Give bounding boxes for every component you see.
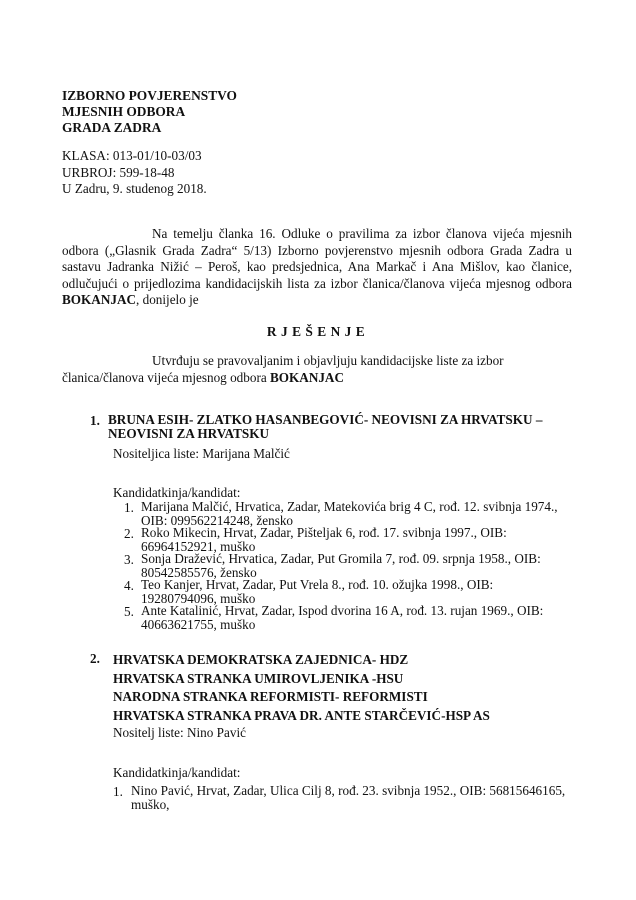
list-heading-line: HRVATSKA STRANKA UMIROVLJENIKA -HSU — [113, 670, 490, 689]
candidate-number: 4. — [124, 578, 134, 594]
decision-title: RJEŠENJE — [0, 324, 636, 340]
district-name: BOKANJAC — [270, 370, 344, 385]
candidate-line: Ante Katalinić, Hrvat, Zadar, Ispod dvor… — [141, 604, 543, 618]
list-heading-line: BRUNA ESIH- ZLATKO HASANBEGOVIĆ- NEOVISN… — [108, 413, 542, 427]
list-heading-line: NARODNA STRANKA REFORMISTI- REFORMISTI — [113, 688, 490, 707]
candidate-line: Roko Mikecin, Hrvat, Zadar, Pišteljak 6,… — [141, 526, 507, 540]
issuer-line: MJESNIH ODBORA — [62, 104, 237, 120]
candidate-line: Teo Kanjer, Hrvat, Zadar, Put Vrela 8., … — [141, 578, 493, 592]
list-heading: BRUNA ESIH- ZLATKO HASANBEGOVIĆ- NEOVISN… — [108, 413, 542, 441]
place-date: U Zadru, 9. studenog 2018. — [62, 181, 207, 198]
candidate-line: Nino Pavić, Hrvat, Zadar, Ulica Cilj 8, … — [131, 784, 565, 798]
list-heading-line: HRVATSKA DEMOKRATSKA ZAJEDNICA- HDZ — [113, 651, 490, 670]
candidate-number: 1. — [113, 784, 123, 800]
district-name: BOKANJAC — [62, 292, 136, 307]
list-heading-line: HRVATSKA STRANKA PRAVA DR. ANTE STARČEVI… — [113, 707, 490, 726]
decree-line: Utvrđuju se pravovaljanim i objavljuju k… — [62, 353, 572, 370]
candidate-line: Marijana Malčić, Hrvatica, Zadar, Mateko… — [141, 500, 558, 514]
list-holder: Nositelj liste: Nino Pavić — [113, 725, 246, 741]
list-heading: HRVATSKA DEMOKRATSKA ZAJEDNICA- HDZ HRVA… — [113, 651, 490, 725]
candidate-number: 5. — [124, 604, 134, 620]
candidate-number: 1. — [124, 500, 134, 516]
decree-prefix: članica/članova vijeća mjesnog odbora — [62, 370, 270, 385]
candidate-number: 2. — [124, 526, 134, 542]
candidate-line: Sonja Dražević, Hrvatica, Zadar, Put Gro… — [141, 552, 541, 566]
issuer-line: IZBORNO POVJERENSTVO — [62, 88, 237, 104]
list-holder: Nositeljica liste: Marijana Malčić — [113, 446, 290, 462]
candidate-line: muško, — [131, 798, 565, 812]
list-heading-line: NEOVISNI ZA HRVATSKU — [108, 427, 542, 441]
urbroj: URBROJ: 599-18-48 — [62, 165, 207, 182]
issuer-line: GRADA ZADRA — [62, 120, 237, 136]
intro-suffix: , donijelo je — [136, 292, 199, 307]
intro-text: Na temelju članka 16. Odluke o pravilima… — [62, 226, 572, 291]
list-number: 2. — [90, 651, 100, 667]
document-references: KLASA: 013-01/10-03/03 URBROJ: 599-18-48… — [62, 148, 207, 198]
klasa: KLASA: 013-01/10-03/03 — [62, 148, 207, 165]
candidate-number: 3. — [124, 552, 134, 568]
candidate-line: 40663621755, muško — [141, 618, 543, 632]
issuer-header: IZBORNO POVJERENSTVO MJESNIH ODBORA GRAD… — [62, 88, 237, 136]
candidates-label: Kandidatkinja/kandidat: — [113, 765, 240, 781]
decree-paragraph: Utvrđuju se pravovaljanim i objavljuju k… — [62, 353, 572, 386]
intro-paragraph: Na temelju članka 16. Odluke o pravilima… — [62, 226, 572, 309]
list-number: 1. — [90, 413, 100, 429]
